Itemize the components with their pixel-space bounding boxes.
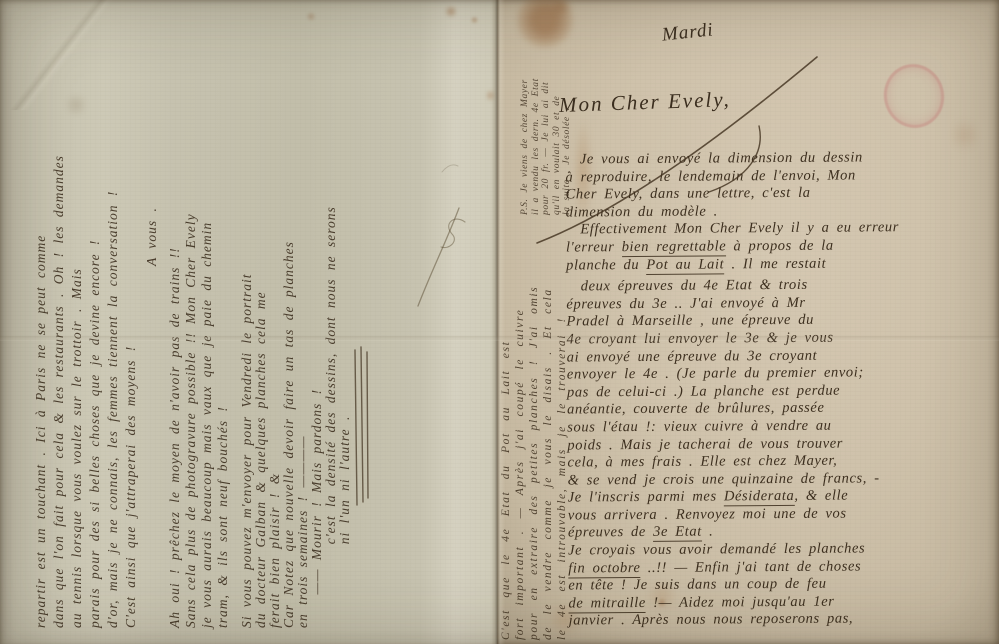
paper-texture: [0, 0, 999, 644]
letter-photograph: repartir est un touchant . Ici à Paris n…: [0, 0, 999, 644]
